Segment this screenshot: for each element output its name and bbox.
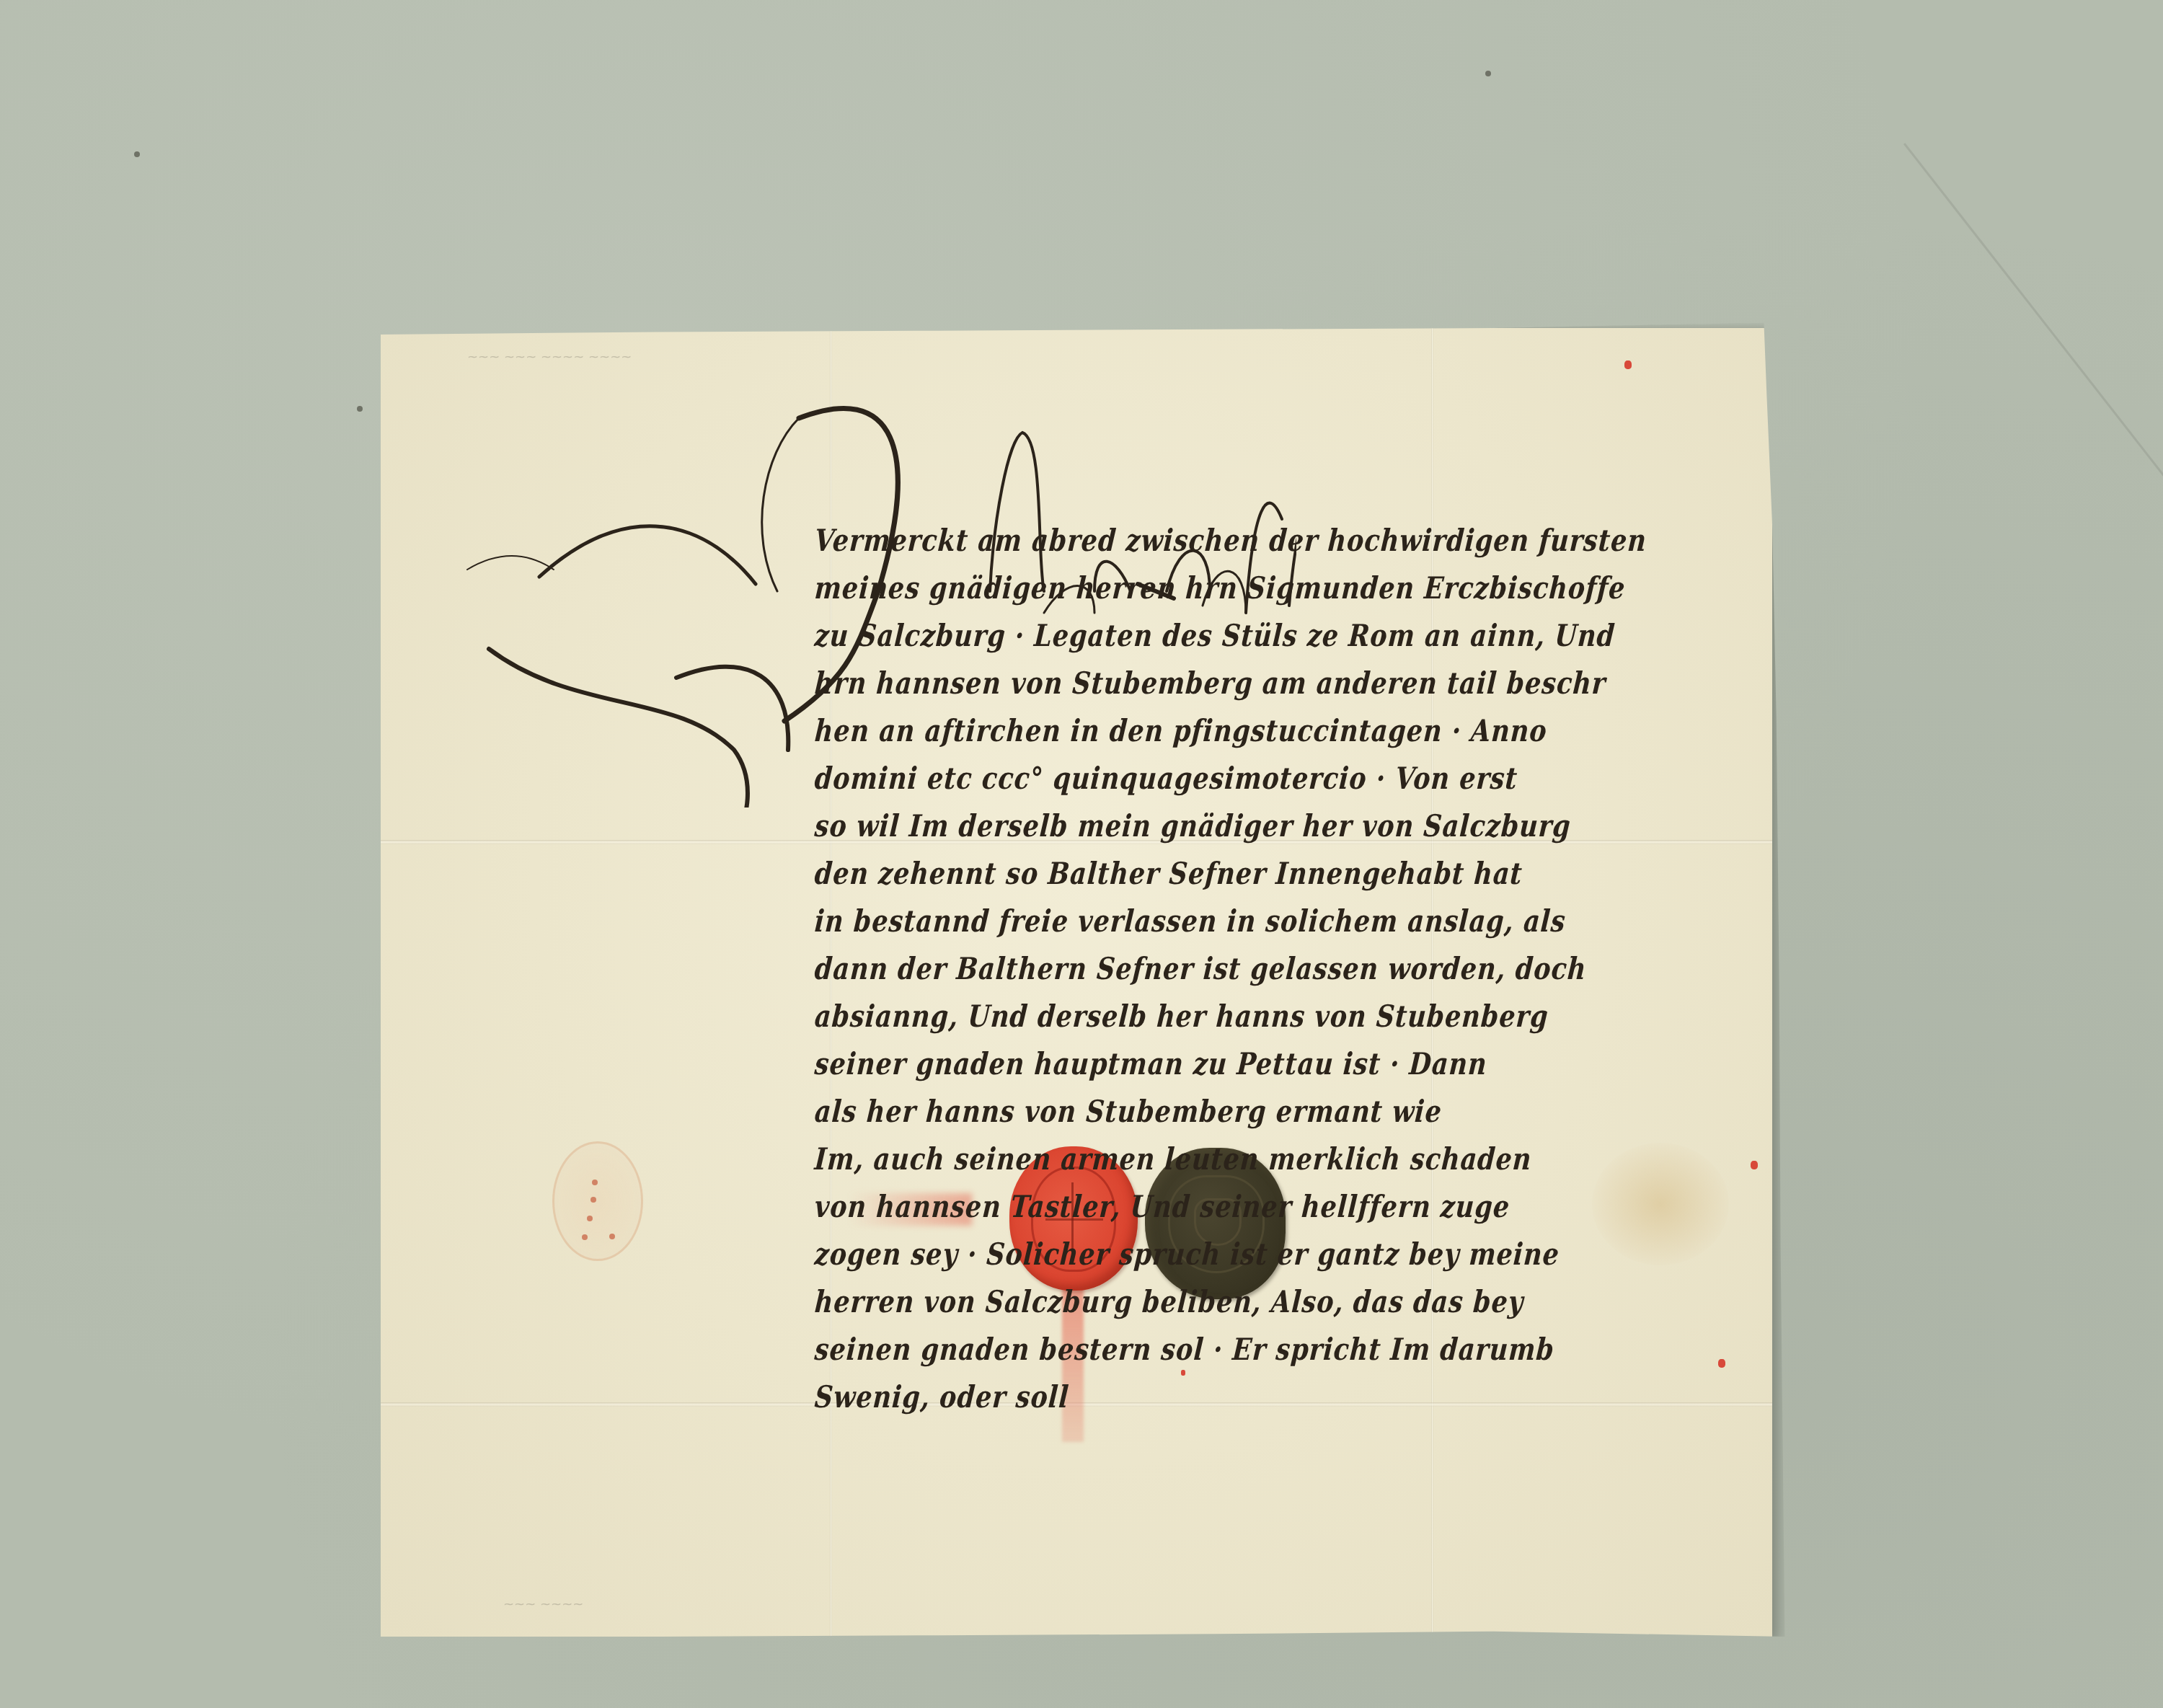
seal-residue-stain: [552, 1141, 643, 1261]
red-wax-fleck: [1751, 1161, 1758, 1169]
faint-archival-note: ~~~ ~~~~: [503, 1597, 583, 1612]
board-scratch: [1903, 143, 2163, 655]
text-line: Swenig, oder soll: [813, 1369, 1682, 1426]
board-speck: [357, 406, 363, 412]
board-speck: [134, 151, 140, 157]
red-wax-fleck: [1624, 360, 1632, 369]
faint-archival-note: ~~~ ~~~ ~~~~ ~~~~: [467, 350, 632, 365]
red-wax-fleck: [1718, 1359, 1725, 1368]
board-speck: [1485, 71, 1491, 76]
manuscript-text: Vermerckt am abred zwischen der hochwird…: [815, 518, 1680, 1422]
